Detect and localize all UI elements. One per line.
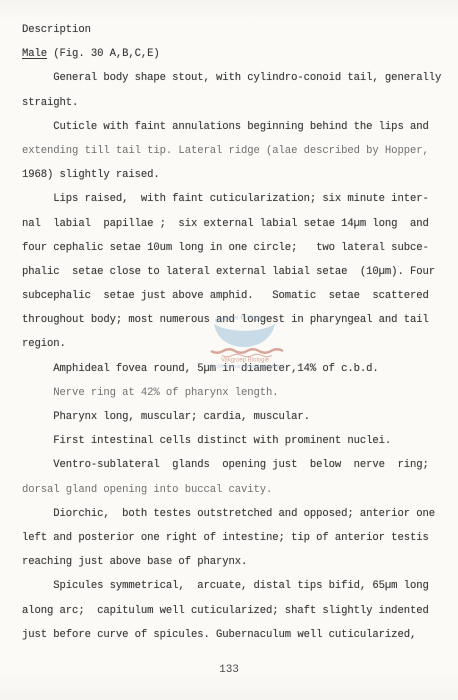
text-line: Spicules symmetrical, arcuate, distal ti… — [22, 580, 452, 604]
text-line: 1968) slightly raised. — [22, 169, 452, 193]
text-line: First intestinal cells distinct with pro… — [22, 435, 452, 459]
text-line: General body shape stout, with cylindro-… — [22, 72, 452, 96]
text-line: subcephalic setae just above amphid. Som… — [22, 290, 452, 314]
text-line: along arc; capitulum well cuticularized;… — [22, 605, 452, 629]
text-line: nal labial papillae ; six external labia… — [22, 218, 452, 242]
underlined-text: Male — [22, 48, 47, 60]
text-line: Pharynx long, muscular; cardia, muscular… — [22, 411, 452, 435]
scanned-document-page: DescriptionMale (Fig. 30 A,B,C,E) Genera… — [0, 0, 458, 700]
text-line: Nerve ring at 42% of pharynx length. — [22, 387, 452, 411]
text-line: straight. — [22, 97, 452, 121]
page-number: 133 — [0, 664, 458, 676]
text-line: phalic setae close to lateral external l… — [22, 266, 452, 290]
text-line: Amphideal fovea round, 5µm in diameter,1… — [22, 363, 452, 387]
text-line: just before curve of spicules. Gubernacu… — [22, 629, 452, 653]
text-line: region. — [22, 338, 452, 362]
text-line: throughout body; most numerous and longe… — [22, 314, 452, 338]
text-line: dorsal gland opening into buccal cavity. — [22, 484, 452, 508]
document-body: DescriptionMale (Fig. 30 A,B,C,E) Genera… — [22, 24, 452, 653]
text-line: four cephalic setae 10um long in one cir… — [22, 242, 452, 266]
text-line: reaching just above base of pharynx. — [22, 556, 452, 580]
text-line: Ventro-sublateral glands opening just be… — [22, 459, 452, 483]
text-line: extending till tail tip. Lateral ridge (… — [22, 145, 452, 169]
text-segment: (Fig. 30 A,B,C,E) — [47, 48, 160, 60]
text-line: left and posterior one right of intestin… — [22, 532, 452, 556]
text-line: Male (Fig. 30 A,B,C,E) — [22, 48, 452, 72]
text-line: Diorchic, both testes outstretched and o… — [22, 508, 452, 532]
text-line: Cuticle with faint annulations beginning… — [22, 121, 452, 145]
text-line: Lips raised, with faint cuticularization… — [22, 193, 452, 217]
text-line: Description — [22, 24, 452, 48]
